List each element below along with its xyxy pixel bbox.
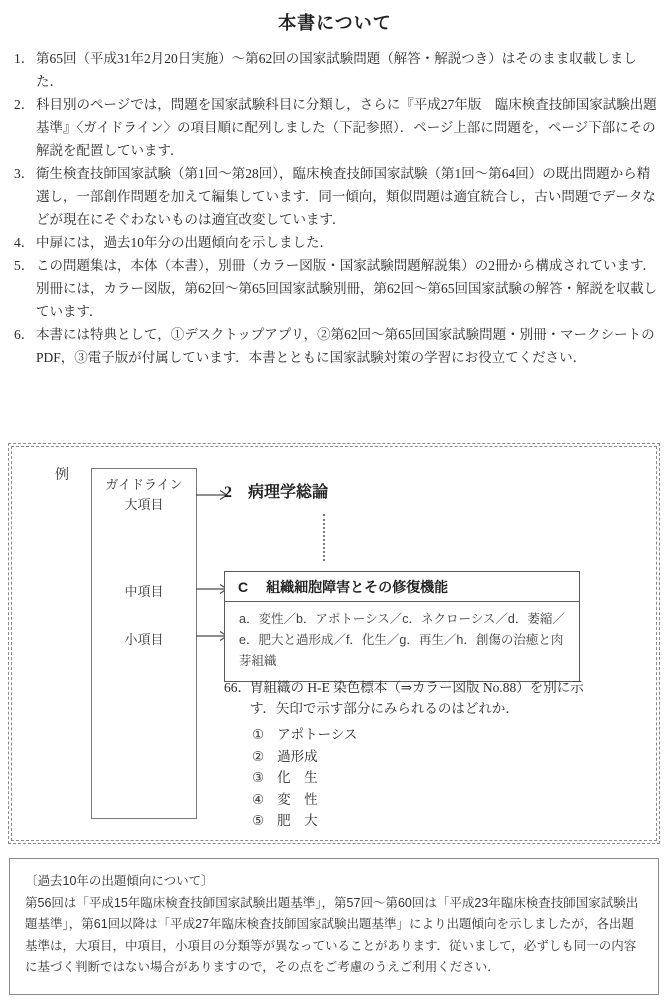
small-items-text: a．変性／b．アポトーシス／c．ネクローシス／d．萎縮／e．肥大と過形成／f．化… [225,602,579,681]
example-frame: 例 ガイドライン 大項目 中項目 小項目 2 病理学総論 C 組織細胞障害 [8,443,660,844]
trend-note-body: 第56回は「平成15年臨床検査技師国家試験出題基準」，第57回～第60回は「平成… [25,896,638,975]
major-item-number: 2 [224,484,232,502]
option-label: 過形成 [277,746,318,768]
item-text: この問題集は，本体（本書），別冊（カラー図版・国家試験問題解説集）の2冊から構成… [36,258,657,319]
item-number: 3． [14,162,36,185]
mid-item-title: 組織細胞障害とその修復機能 [266,577,448,597]
item-text: 衛生検査技師国家試験（第1回～第28回），臨床検査技師国家試験（第1回～第64回… [36,166,656,227]
guideline-label-line1: ガイドライン [105,477,182,492]
item-number: 4． [14,231,36,254]
mid-item-box: C 組織細胞障害とその修復機能 a．変性／b．アポトーシス／c．ネクローシス／d… [224,571,580,682]
question-number: 66． [224,677,250,698]
guideline-small-label: 小項目 [92,629,196,648]
option-5: ⑤肥 大 [252,810,357,832]
item-text: 中扉には，過去10年分の出題傾向を示しました． [36,235,333,250]
dotted-connector-icon [323,514,325,561]
example-label: 例 [55,464,69,484]
major-item-title: 病理学総論 [248,479,328,502]
guideline-category-box: ガイドライン 大項目 中項目 小項目 [91,468,197,819]
item-text: 本書には特典として，①デスクトップアプリ，②第62回～第65回国家試験問題・別冊… [36,327,655,365]
option-circled-number: ③ [252,767,264,789]
option-label: 肥 大 [277,810,318,832]
item-number: 1． [14,47,36,70]
guideline-mid-label: 中項目 [92,581,196,600]
option-circled-number: ① [252,724,264,746]
mid-item-header: C 組織細胞障害とその修復機能 [225,572,579,602]
question-options: ①アポトーシス ②過形成 ③化 生 ④変 性 ⑤肥 大 [252,724,357,832]
guideline-label-line2: 大項目 [124,497,163,512]
intro-item-5: 5．この問題集は，本体（本書），別冊（カラー図版・国家試験問題解説集）の2冊から… [14,254,660,323]
item-number: 6． [14,323,36,346]
intro-item-1: 1．第65回（平成31年2月20日実施）～第62回の国家試験問題（解答・解説つき… [14,47,660,93]
question-66: 66．胃組織の H-E 染色標本（⇒カラー図版 No.88）を別に示す．矢印で示… [224,677,588,719]
option-circled-number: ④ [252,789,264,811]
option-4: ④変 性 [252,789,357,811]
intro-item-2: 2．科目別のページでは，問題を国家試験科目に分類し，さらに『平成27年版 臨床検… [14,93,660,162]
trend-note-heading: 〔過去10年の出題傾向について〕 [25,871,643,893]
book-about-page: 本書について 1．第65回（平成31年2月20日実施）～第62回の国家試験問題（… [0,0,670,1000]
intro-item-6: 6．本書には特典として，①デスクトップアプリ，②第62回～第65回国家試験問題・… [14,323,660,369]
option-2: ②過形成 [252,746,357,768]
mid-item-letter: C [238,579,248,595]
option-3: ③化 生 [252,767,357,789]
major-item-heading: 2 病理学総論 [224,479,328,502]
item-number: 2． [14,93,36,116]
option-1: ①アポトーシス [252,724,357,746]
option-label: アポトーシス [277,724,357,746]
trend-note-box: 〔過去10年の出題傾向について〕 第56回は「平成15年臨床検査技師国家試験出題… [9,858,659,995]
item-text: 第65回（平成31年2月20日実施）～第62回の国家試験問題（解答・解説つき）は… [36,51,637,89]
item-number: 5． [14,254,36,277]
option-circled-number: ⑤ [252,810,264,832]
intro-item-3: 3．衛生検査技師国家試験（第1回～第28回），臨床検査技師国家試験（第1回～第6… [14,162,660,231]
item-text: 科目別のページでは，問題を国家試験科目に分類し，さらに『平成27年版 臨床検査技… [36,97,657,158]
option-label: 変 性 [277,789,318,811]
guideline-major-label: ガイドライン 大項目 [92,469,196,515]
option-label: 化 生 [277,767,318,789]
intro-item-4: 4．中扉には，過去10年分の出題傾向を示しました． [14,231,660,254]
intro-list: 1．第65回（平成31年2月20日実施）～第62回の国家試験問題（解答・解説つき… [14,47,660,369]
page-title: 本書について [0,9,670,35]
option-circled-number: ② [252,746,264,768]
question-text: 胃組織の H-E 染色標本（⇒カラー図版 No.88）を別に示す．矢印で示す部分… [250,680,584,716]
